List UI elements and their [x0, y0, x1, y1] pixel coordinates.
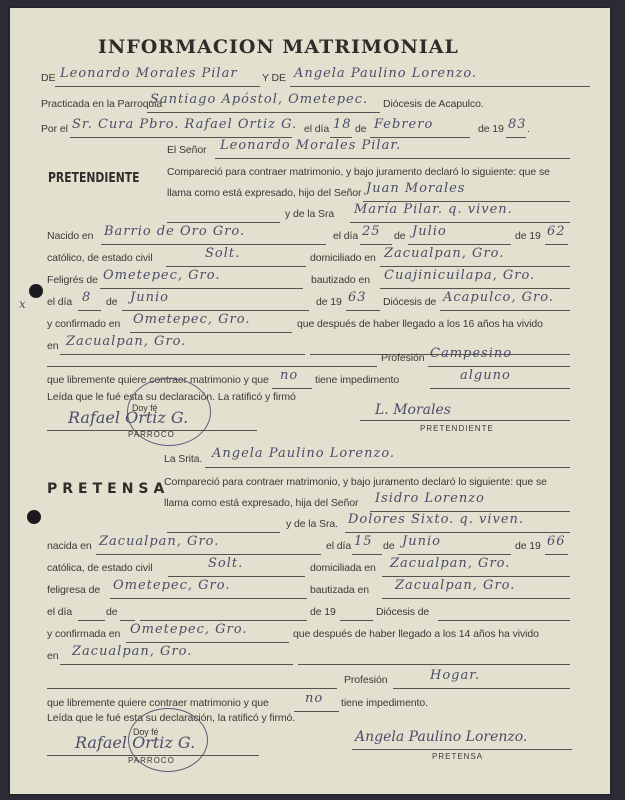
impedimento-text: tiene impedimento [315, 374, 399, 386]
nacido-label: Nacido en [47, 230, 93, 242]
bride-birthplace-field[interactable]: Zacualpan, Gro. [99, 534, 219, 549]
en-label: en [47, 340, 58, 352]
diocesis-text: Diócesis de Acapulco. [383, 98, 484, 110]
feligres-label: Feligrés de [47, 274, 98, 286]
groom-baptism-place-field[interactable]: Cuajinicuilapa, Gro. [384, 268, 535, 283]
confirmado-label: y confirmado en [47, 318, 120, 330]
de-19-label: de 19 [515, 540, 541, 552]
bride-name-field[interactable]: Angela Paulino Lorenzo. [294, 66, 477, 81]
groom-confirmation-field[interactable]: Ometepec, Gro. [133, 312, 251, 327]
groom-baptism-diocese-field[interactable]: Acapulco, Gro. [443, 290, 554, 305]
profesion-label: Profesión [381, 352, 424, 364]
catolica-label: católica, de estado civil [47, 562, 152, 574]
de-label: DE [41, 72, 55, 84]
el-dia-label: el día [333, 230, 358, 242]
section-pretendiente: PRETENDIENTE [48, 170, 140, 186]
comparecio-text: Compareció para contraer matrimonio, y b… [164, 476, 547, 488]
bride-civil-status-field[interactable]: Solt. [208, 556, 243, 571]
bap-el-dia-label: el día [47, 606, 72, 618]
bride-baptism-place-field[interactable]: Zacualpan, Gro. [395, 578, 515, 593]
groom-lived-in-field[interactable]: Zacualpan, Gro. [66, 334, 186, 349]
srita-label: La Srita. [164, 453, 202, 465]
de-label-2: de [355, 123, 366, 135]
bride-feligresa-field[interactable]: Ometepec, Gro. [113, 578, 231, 593]
bride-lived-in-field[interactable]: Zacualpan, Gro. [72, 644, 192, 659]
impedimento-text: tiene impedimento. [341, 697, 428, 709]
el-dia-label: el día [326, 540, 351, 552]
page-title: INFORMACION MATRIMONIAL [98, 36, 459, 58]
bride-birth-month-field[interactable]: Junio [402, 534, 441, 549]
period: . [527, 123, 530, 135]
bap-de-19-label: de 19 [310, 606, 336, 618]
y-de-la-sra-label: y de la Sra [285, 208, 334, 220]
bap-diocesis-label: Diócesis de [383, 296, 436, 308]
pretensa-label: PRETENSA [432, 752, 483, 761]
bride-father-field[interactable]: Isidro Lorenzo [375, 491, 485, 506]
confirmada-label: y confirmada en [47, 628, 120, 640]
pretensa-signature: Angela Paulino Lorenzo. [355, 729, 527, 745]
domiciliado-label: domiciliado en [310, 252, 376, 264]
bautizado-label: bautizado en [311, 274, 370, 286]
groom-no-field[interactable]: no [280, 368, 298, 383]
de-19-label: de 19 [515, 230, 541, 242]
el-senor-label: El Señor [167, 144, 206, 156]
bap-diocesis-label: Diócesis de [376, 606, 429, 618]
en-label: en [47, 650, 58, 662]
de-19-label: de 19 [478, 123, 504, 135]
despues-text: que después de haber llegado a los 16 añ… [297, 318, 543, 330]
bap-el-dia-label: el día [47, 296, 72, 308]
parroco-label: PARROCO [128, 430, 175, 439]
bap-de-19-label: de 19 [316, 296, 342, 308]
y-de-label: Y DE [262, 72, 286, 84]
comparecio-text: Compareció para contraer matrimonio, y b… [167, 166, 550, 178]
groom-domicile-field[interactable]: Zacualpan, Gro. [384, 246, 504, 261]
groom-civil-status-field[interactable]: Solt. [205, 246, 240, 261]
pretendiente-label: PRETENDIENTE [420, 424, 494, 433]
groom-birth-day-field[interactable]: 25 [362, 224, 381, 239]
groom-mother-field[interactable]: María Pilar. q. viven. [354, 202, 513, 217]
libremente-text: que libremente quiere contraer matrimoni… [47, 697, 269, 709]
officiant-field[interactable]: Sr. Cura Pbro. Rafael Ortiz G. [72, 117, 297, 132]
de-label: de [383, 540, 394, 552]
de-label: de [394, 230, 405, 242]
feligresa-label: feligresa de [47, 584, 100, 596]
llama-text: llama como está expresado, hijo del Seño… [167, 187, 361, 199]
domiciliada-label: domiciliada en [310, 562, 376, 574]
profesion-label: Profesión [344, 674, 387, 686]
groom-birth-month-field[interactable]: Julio [412, 224, 447, 239]
bride-confirmation-field[interactable]: Ometepec, Gro. [130, 622, 248, 637]
month-field[interactable]: Febrero [374, 117, 433, 132]
llama-text: llama como está expresado, hija del Seño… [164, 497, 358, 509]
groom-baptism-day-field[interactable]: 8 [82, 290, 91, 305]
bride-birth-year-field[interactable]: 66 [547, 534, 566, 549]
bride-full-name-field[interactable]: Angela Paulino Lorenzo. [212, 446, 395, 461]
parroco-signature: Rafael Ortiz G. [68, 408, 188, 427]
groom-feligres-field[interactable]: Ometepec, Gro. [103, 268, 221, 283]
catolico-label: católico, de estado civil [47, 252, 152, 264]
nacida-label: nacida en [47, 540, 92, 552]
section-pretensa: PRETENSA [47, 481, 169, 497]
bride-no-field[interactable]: no [305, 691, 323, 706]
parroquia-field[interactable]: Santiago Apóstol, Ometepec. [150, 92, 368, 107]
bap-de-label: de [106, 606, 117, 618]
margin-mark: x [19, 297, 27, 311]
groom-baptism-year-field[interactable]: 63 [348, 290, 367, 305]
groom-birth-year-field[interactable]: 62 [547, 224, 566, 239]
bap-de-label: de [106, 296, 117, 308]
y-de-la-sra-label: y de la Sra. [286, 518, 338, 530]
groom-birthplace-field[interactable]: Barrio de Oro Gro. [104, 224, 245, 239]
groom-name-field[interactable]: Leonardo Morales Pilar [60, 66, 238, 81]
parroquia-label: Practicada en la Parroquia [41, 98, 162, 110]
bautizada-label: bautizada en [310, 584, 369, 596]
bride-domicile-field[interactable]: Zacualpan, Gro. [390, 556, 510, 571]
por-el-label: Por el [41, 123, 68, 135]
groom-father-field[interactable]: Juan Morales [366, 181, 465, 196]
day-field[interactable]: 18 [333, 117, 352, 132]
year-field[interactable]: 83 [508, 117, 527, 132]
parroco-signature: Rafael Ortiz G. [75, 733, 195, 752]
punch-hole [27, 510, 41, 524]
parroco-label: PARROCO [128, 756, 175, 765]
bride-profession-field[interactable]: Hogar. [430, 668, 480, 683]
bride-birth-day-field[interactable]: 15 [354, 534, 373, 549]
bride-mother-field[interactable]: Dolores Sixto. q. viven. [348, 512, 524, 527]
groom-profession-field[interactable]: Campesino [430, 346, 512, 361]
despues-text: que después de haber llegado a los 14 añ… [293, 628, 539, 640]
groom-full-name-field[interactable]: Leonardo Morales Pilar. [220, 138, 401, 153]
pretendiente-signature: L. Morales [375, 402, 451, 418]
punch-hole [29, 284, 43, 298]
el-dia-label: el día [304, 123, 329, 135]
groom-baptism-month-field[interactable]: Junio [130, 290, 169, 305]
groom-impediment-field[interactable]: alguno [460, 368, 511, 383]
